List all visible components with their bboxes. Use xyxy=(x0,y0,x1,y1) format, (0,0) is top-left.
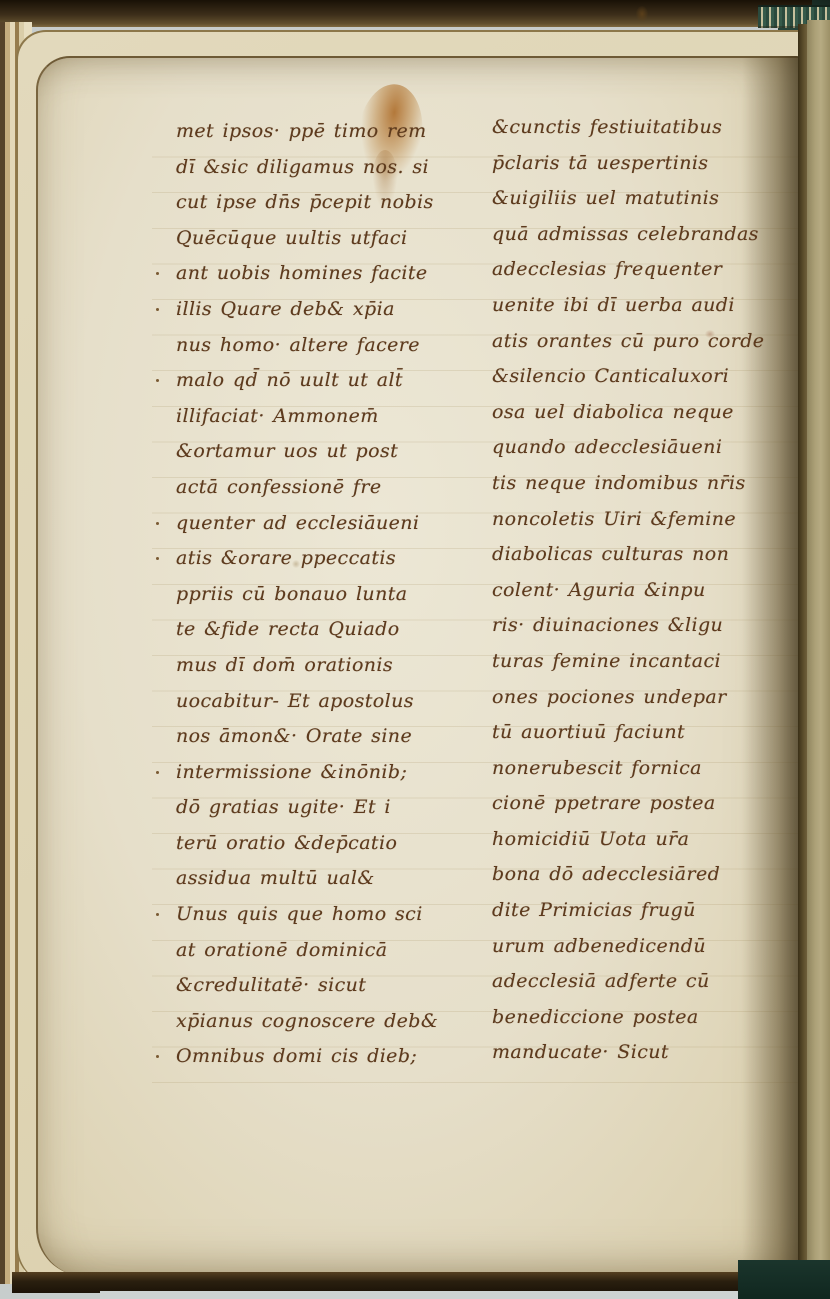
line-text: quā admissas celebrandas xyxy=(492,223,759,245)
line-text: manducate· Sicut xyxy=(492,1041,669,1063)
line-text: assidua multū ual& xyxy=(176,867,375,889)
line-text: Omnibus domi cis dieb; xyxy=(176,1045,417,1067)
manuscript-line: uocabitur- Et apostolus xyxy=(176,684,478,720)
manuscript-line: mus dī dom̄ orationis xyxy=(176,648,478,684)
manuscript-line: dī &sic diligamus nos. si xyxy=(176,150,478,186)
manuscript-line: &uigiliis uel matutinis xyxy=(492,181,810,217)
manuscript-line: atis &orare ppeccatis xyxy=(176,541,478,577)
line-text: at orationē dominicā xyxy=(176,939,388,961)
line-text: bona dō adecclesiāred xyxy=(492,863,720,885)
margin-dot xyxy=(156,308,159,311)
line-text: cionē ppetrare postea xyxy=(492,792,716,814)
manuscript-line: nonerubescit fornica xyxy=(492,751,810,787)
manuscript-line: &cunctis festiuitatibus xyxy=(492,110,810,146)
manuscript-line: nos āmon&· Orate sine xyxy=(176,719,478,755)
manuscript-line: illis Quare deb& xp̄ia xyxy=(176,292,478,328)
line-text: &credulitatē· sicut xyxy=(176,974,366,996)
line-text: te &fide recta Quiado xyxy=(176,618,400,640)
manuscript-line: noncoletis Uiri &femine xyxy=(492,502,810,538)
manuscript-line: bona dō adecclesiāred xyxy=(492,857,810,893)
line-text: diabolicas culturas non xyxy=(492,543,729,565)
manuscript-line: at orationē dominicā xyxy=(176,933,478,969)
manuscript-line: Unus quis que homo sci xyxy=(176,897,478,933)
book-top-edge xyxy=(0,0,812,27)
book-bottom-edge xyxy=(12,1272,830,1293)
manuscript-line: xp̄ianus cognoscere deb& xyxy=(176,1004,478,1040)
manuscript-line: intermissione &inōnib; xyxy=(176,755,478,791)
manuscript-line: &ortamur uos ut post xyxy=(176,434,478,470)
line-text: tū auortiuū faciunt xyxy=(492,721,685,743)
line-text: Unus quis que homo sci xyxy=(176,903,423,925)
line-text: actā confessionē fre xyxy=(176,476,381,498)
line-text: Quēcūque uultis utfaci xyxy=(176,227,407,249)
line-text: urum adbenedicendū xyxy=(492,935,706,957)
manuscript-line: cionē ppetrare postea xyxy=(492,786,810,822)
manuscript-line: urum adbenedicendū xyxy=(492,929,810,965)
manuscript-line: cut ipse dn̄s p̄cepit nobis xyxy=(176,185,478,221)
line-text: adecclesias frequenter xyxy=(492,258,722,280)
line-text: turas femine incantaci xyxy=(492,650,721,672)
manuscript-line: diabolicas culturas non xyxy=(492,537,810,573)
line-text: &ortamur uos ut post xyxy=(176,440,398,462)
line-text: nonerubescit fornica xyxy=(492,757,702,779)
manuscript-line: tū auortiuū faciunt xyxy=(492,715,810,751)
line-text: &silencio Canticaluxori xyxy=(492,365,729,387)
line-text: tis neque indomibus nr̄is xyxy=(492,472,746,494)
manuscript-line: actā confessionē fre xyxy=(176,470,478,506)
margin-dot xyxy=(156,522,159,525)
manuscript-line: uenite ibi dī uerba audi xyxy=(492,288,810,324)
manuscript-line: met ipsos· ppē timo rem xyxy=(176,114,478,150)
manuscript-line: quando adecclesiāueni xyxy=(492,430,810,466)
line-text: malo qd̄ nō uult ut alt̄ xyxy=(176,369,403,391)
manuscript-line: adecclesias frequenter xyxy=(492,252,810,288)
line-text: dī &sic diligamus nos. si xyxy=(176,156,429,178)
line-text: met ipsos· ppē timo rem xyxy=(176,120,427,142)
margin-dot xyxy=(156,771,159,774)
line-text: quando adecclesiāueni xyxy=(492,436,722,458)
manuscript-line: assidua multū ual& xyxy=(176,861,478,897)
damage-spot xyxy=(636,6,648,22)
manuscript-line: atis orantes cū puro corde xyxy=(492,324,810,360)
manuscript-line: tis neque indomibus nr̄is xyxy=(492,466,810,502)
manuscript-line: osa uel diabolica neque xyxy=(492,395,810,431)
manuscript-line: Quēcūque uultis utfaci xyxy=(176,221,478,257)
manuscript-line: manducate· Sicut xyxy=(492,1035,810,1071)
line-text: quenter ad ecclesiāueni xyxy=(176,512,419,534)
manuscript-line: ppriis cū bonauo lunta xyxy=(176,577,478,613)
manuscript-line: te &fide recta Quiado xyxy=(176,612,478,648)
line-text: cut ipse dn̄s p̄cepit nobis xyxy=(176,191,434,213)
line-text: intermissione &inōnib; xyxy=(176,761,407,783)
manuscript-line: malo qd̄ nō uult ut alt̄ xyxy=(176,363,478,399)
manuscript-line: &silencio Canticaluxori xyxy=(492,359,810,395)
line-text: osa uel diabolica neque xyxy=(492,401,734,423)
manuscript-line: adecclesiā adferte cū xyxy=(492,964,810,1000)
line-text: ppriis cū bonauo lunta xyxy=(176,583,407,605)
manuscript-line: colent· Aguria &inpu xyxy=(492,573,810,609)
manuscript-line: dite Primicias frugū xyxy=(492,893,810,929)
line-text: illifaciat· Ammonem̄ xyxy=(176,405,379,427)
line-text: nos āmon&· Orate sine xyxy=(176,725,412,747)
line-text: p̄claris tā uespertinis xyxy=(492,152,708,174)
line-text: colent· Aguria &inpu xyxy=(492,579,706,601)
manuscript-line: turas femine incantaci xyxy=(492,644,810,680)
manuscript-line: &credulitatē· sicut xyxy=(176,968,478,1004)
manuscript-line: terū oratio &dep̄catio xyxy=(176,826,478,862)
text-column-left: met ipsos· ppē timo remdī &sic diligamus… xyxy=(176,114,478,1075)
line-text: adecclesiā adferte cū xyxy=(492,970,710,992)
text-column-right: &cunctis festiuitatibusp̄claris tā uespe… xyxy=(492,110,810,1071)
manuscript-line: dō gratias ugite· Et i xyxy=(176,790,478,826)
manuscript-line: ones pociones undepar xyxy=(492,680,810,716)
line-text: homicidiū Uota ur̄a xyxy=(492,828,689,850)
line-text: atis &orare ppeccatis xyxy=(176,547,396,569)
line-text: ant uobis homines facite xyxy=(176,262,428,284)
manuscript-line: ris· diuinaciones &ligu xyxy=(492,608,810,644)
manuscript-photo: met ipsos· ppē timo remdī &sic diligamus… xyxy=(0,0,830,1299)
manuscript-line: quā admissas celebrandas xyxy=(492,217,810,253)
manuscript-line: nus homo· altere facere xyxy=(176,328,478,364)
line-text: uocabitur- Et apostolus xyxy=(176,690,414,712)
line-text: uenite ibi dī uerba audi xyxy=(492,294,735,316)
manuscript-line: illifaciat· Ammonem̄ xyxy=(176,399,478,435)
photo-background xyxy=(100,1291,740,1299)
binding-cover-bottom-right xyxy=(738,1260,830,1299)
line-text: &uigiliis uel matutinis xyxy=(492,187,719,209)
right-page-edge xyxy=(807,20,830,1266)
manuscript-line: benediccione postea xyxy=(492,1000,810,1036)
line-text: dō gratias ugite· Et i xyxy=(176,796,391,818)
manuscript-line: p̄claris tā uespertinis xyxy=(492,146,810,182)
line-text: ones pociones undepar xyxy=(492,686,727,708)
manuscript-line: homicidiū Uota ur̄a xyxy=(492,822,810,858)
line-text: xp̄ianus cognoscere deb& xyxy=(176,1010,438,1032)
line-text: noncoletis Uiri &femine xyxy=(492,508,736,530)
line-text: illis Quare deb& xp̄ia xyxy=(176,298,395,320)
line-text: ris· diuinaciones &ligu xyxy=(492,614,723,636)
line-text: dite Primicias frugū xyxy=(492,899,696,921)
manuscript-line: Omnibus domi cis dieb; xyxy=(176,1039,478,1075)
line-text: mus dī dom̄ orationis xyxy=(176,654,393,676)
line-text: terū oratio &dep̄catio xyxy=(176,832,397,854)
line-text: nus homo· altere facere xyxy=(176,334,420,356)
manuscript-line: quenter ad ecclesiāueni xyxy=(176,506,478,542)
manuscript-line: ant uobis homines facite xyxy=(176,256,478,292)
line-text: &cunctis festiuitatibus xyxy=(492,116,722,138)
line-text: benediccione postea xyxy=(492,1006,699,1028)
line-text: atis orantes cū puro corde xyxy=(492,330,764,352)
